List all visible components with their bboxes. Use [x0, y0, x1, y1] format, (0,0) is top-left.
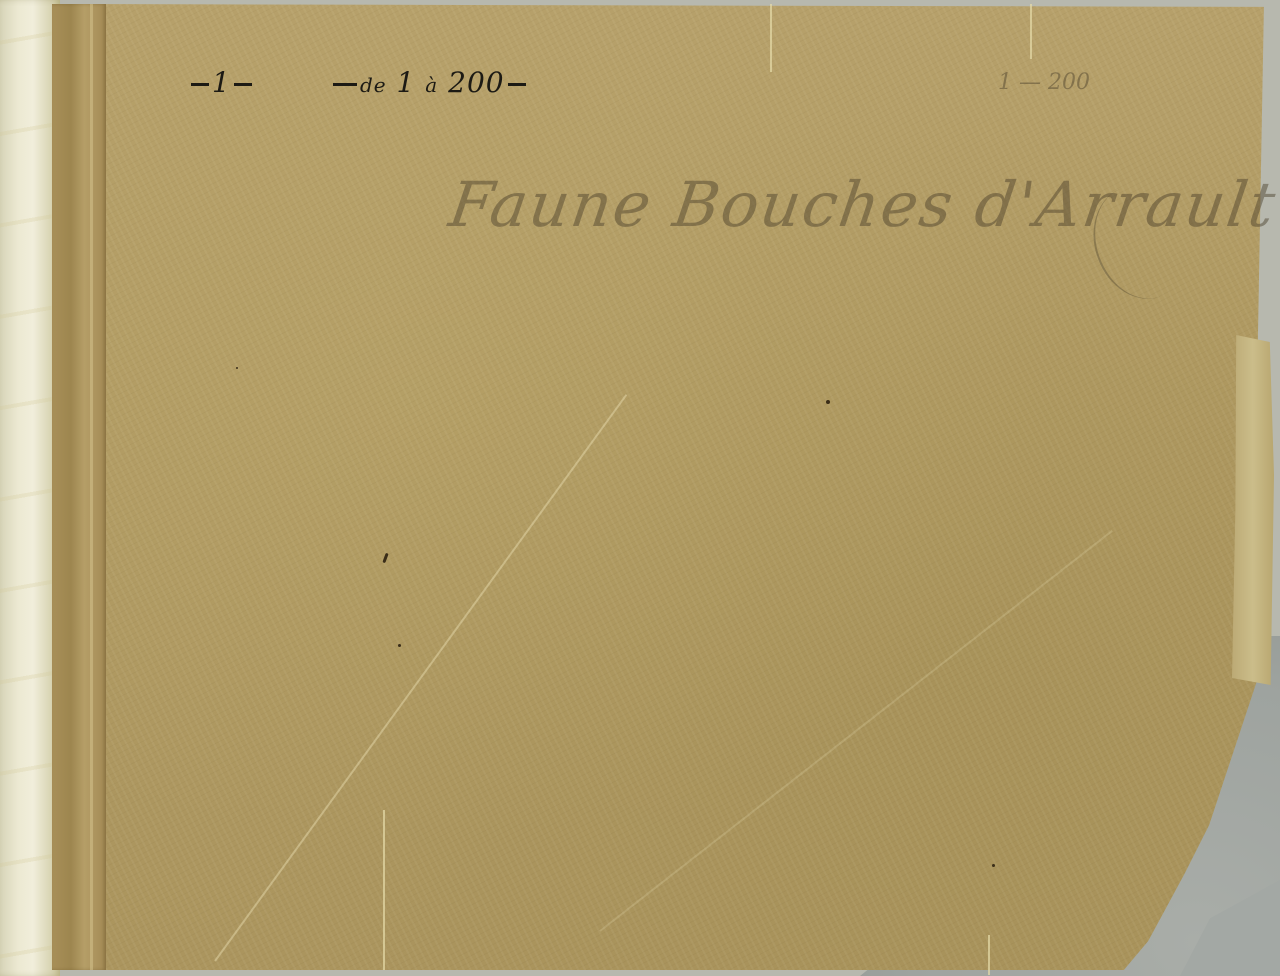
volume-number: 1 [212, 66, 231, 99]
bottom-tear-2 [988, 935, 990, 975]
dash [191, 83, 209, 86]
volume-number-label: 1 [188, 66, 255, 99]
top-tear-2 [1030, 4, 1032, 59]
bottom-tear [383, 810, 385, 970]
range-connector: à [425, 73, 438, 97]
ink-speck [398, 644, 401, 647]
spine-paper-edge [0, 0, 60, 976]
top-tear [770, 4, 772, 72]
paper-texture [52, 4, 1270, 970]
binding-strip [52, 4, 106, 970]
ink-speck [826, 400, 830, 404]
range-label: de 1 à 200 [330, 66, 529, 99]
dash [508, 83, 526, 86]
ink-speck [992, 864, 995, 867]
range-start: 1 [397, 66, 416, 99]
folder-cover [52, 4, 1270, 970]
dash [333, 83, 357, 86]
right-edge-fold [1232, 335, 1274, 685]
range-end: 200 [448, 66, 504, 99]
dash [234, 83, 252, 86]
pencil-range: 1 — 200 [998, 70, 1090, 95]
range-prefix: de [360, 73, 387, 97]
ink-speck [236, 367, 238, 369]
